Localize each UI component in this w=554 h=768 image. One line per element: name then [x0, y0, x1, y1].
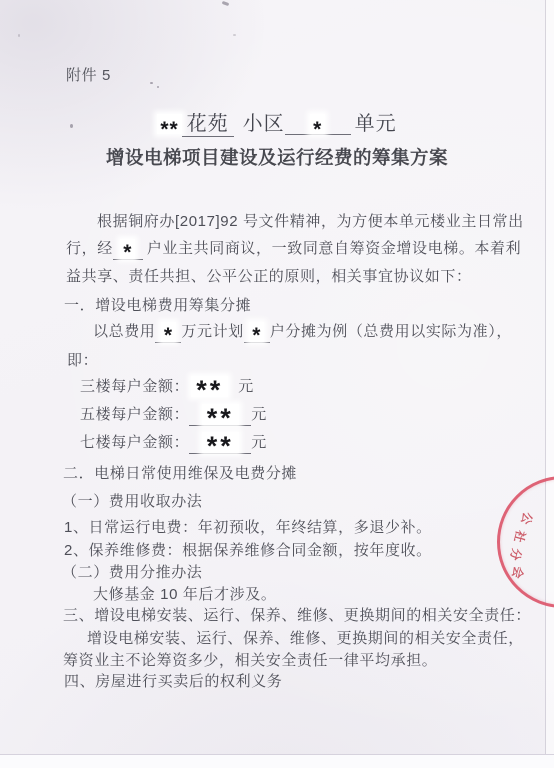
intro-line-2: 行，经*户业主共同商议，一致同意自筹资金增设电梯。本着利: [66, 239, 521, 260]
handwritten-star: *: [161, 331, 176, 341]
unit-yuan: 元: [251, 434, 267, 451]
scanned-document-page: 附件 5 **花苑小区*单元 增设电梯项目建设及运行经费的筹集方案 根据铜府办[…: [0, 0, 554, 768]
document-title: **花苑小区*单元: [0, 114, 554, 135]
section2-sub1: （一）费用收取办法: [62, 492, 202, 512]
households-blank-line: *: [113, 239, 143, 260]
document-subtitle: 增设电梯项目建设及运行经费的筹集方案: [0, 148, 554, 168]
example-mid: 万元计划: [181, 323, 243, 340]
unit-yuan: 元: [238, 378, 254, 395]
floor5-label: 五楼每户金额：: [80, 406, 189, 423]
intro-line-2-pre: 行，经: [66, 240, 113, 257]
example-pre: 以总费用: [93, 323, 155, 340]
section1-example-line: 以总费用*万元计划*户分摊为例（总费用以实际为准），: [93, 322, 512, 343]
paper-speck: [150, 82, 153, 84]
paper-speck: [222, 1, 230, 6]
unit-suffix: 单元: [355, 113, 397, 135]
unit-yuan: 元: [251, 406, 267, 423]
unit-blank-line: *: [285, 114, 351, 135]
redaction-patch: **: [202, 404, 239, 425]
section2-heading: 二．电梯日常使用维保及电费分摊: [63, 464, 297, 484]
redaction-patch: *: [120, 239, 135, 259]
section2-item1: 1、日常运行电费：年初预收，年终结算，多退少补。: [64, 518, 432, 538]
redaction-patch: *: [161, 322, 176, 342]
attachment-label: 附件 5: [66, 66, 111, 86]
section4-heading: 四、房屋进行买卖后的权利义务: [64, 672, 282, 692]
section2-note: 大修基金 10 年后才涉及。: [93, 585, 276, 605]
namely-label: 即：: [67, 351, 98, 371]
redaction-patch: *: [310, 114, 325, 134]
handwritten-stars: **: [191, 384, 228, 396]
amount-row-floor5: 五楼每户金额：**元: [80, 404, 267, 426]
amount-blank-line: **: [189, 404, 251, 426]
example-post: 户分摊为例（总费用以实际为准），: [270, 323, 512, 340]
section2-sub2: （二）费用分推办法: [62, 563, 202, 583]
amount-blank-line: **: [189, 432, 251, 454]
section3-heading: 三、增设电梯安装、运行、保养、维修、更换期间的相关安全责任：: [63, 606, 531, 626]
paper-speck: [18, 34, 20, 37]
redaction-patch: *: [249, 322, 264, 342]
estate-suffix: 小区: [243, 113, 285, 135]
redaction-patch: **: [202, 432, 239, 453]
handwritten-stars: **: [202, 412, 239, 424]
household-count-blank: *: [244, 322, 270, 343]
intro-line-1: 根据铜府办[2017]92 号文件精神，为方便本单元楼业主日常出: [97, 212, 524, 232]
paper-speck: [157, 86, 159, 88]
total-cost-blank: *: [155, 322, 181, 343]
handwritten-star: *: [310, 125, 325, 135]
handwritten-star: *: [120, 248, 135, 258]
floor3-label: 三楼每户金额：: [80, 378, 189, 395]
handwritten-stars: **: [157, 125, 181, 135]
amount-row-floor7: 七楼每户金额：**元: [80, 432, 267, 454]
paper-bottom-edge: [0, 754, 554, 768]
redaction-patch: **: [157, 114, 181, 134]
handwritten-star: *: [249, 331, 264, 341]
section3-line1: 增设电梯安装、运行、保养、维修、更换期间的相关安全责任，: [87, 629, 524, 649]
handwritten-stars: **: [202, 440, 239, 452]
section1-heading: 一．增设电梯费用筹集分摊: [64, 296, 251, 316]
amount-row-floor3: 三楼每户金额：**元: [80, 376, 254, 397]
redaction-patch: **: [191, 376, 228, 397]
section2-item2: 2、保养维修费：根据保养维修合同金额，按年度收。: [64, 541, 432, 561]
intro-line-2-post: 户业主共同商议，一致同意自筹资金增设电梯。本着利: [147, 240, 521, 257]
estate-name: 花苑: [182, 113, 234, 137]
paper-speck: [233, 34, 236, 36]
intro-line-3: 益共享、责任共担、公平公正的原则，相关事宜协议如下：: [66, 267, 472, 287]
section3-line2: 筹资业主不论筹资多少，相关安全责任一律平均承担。: [63, 651, 437, 671]
floor7-label: 七楼每户金额：: [80, 434, 189, 451]
